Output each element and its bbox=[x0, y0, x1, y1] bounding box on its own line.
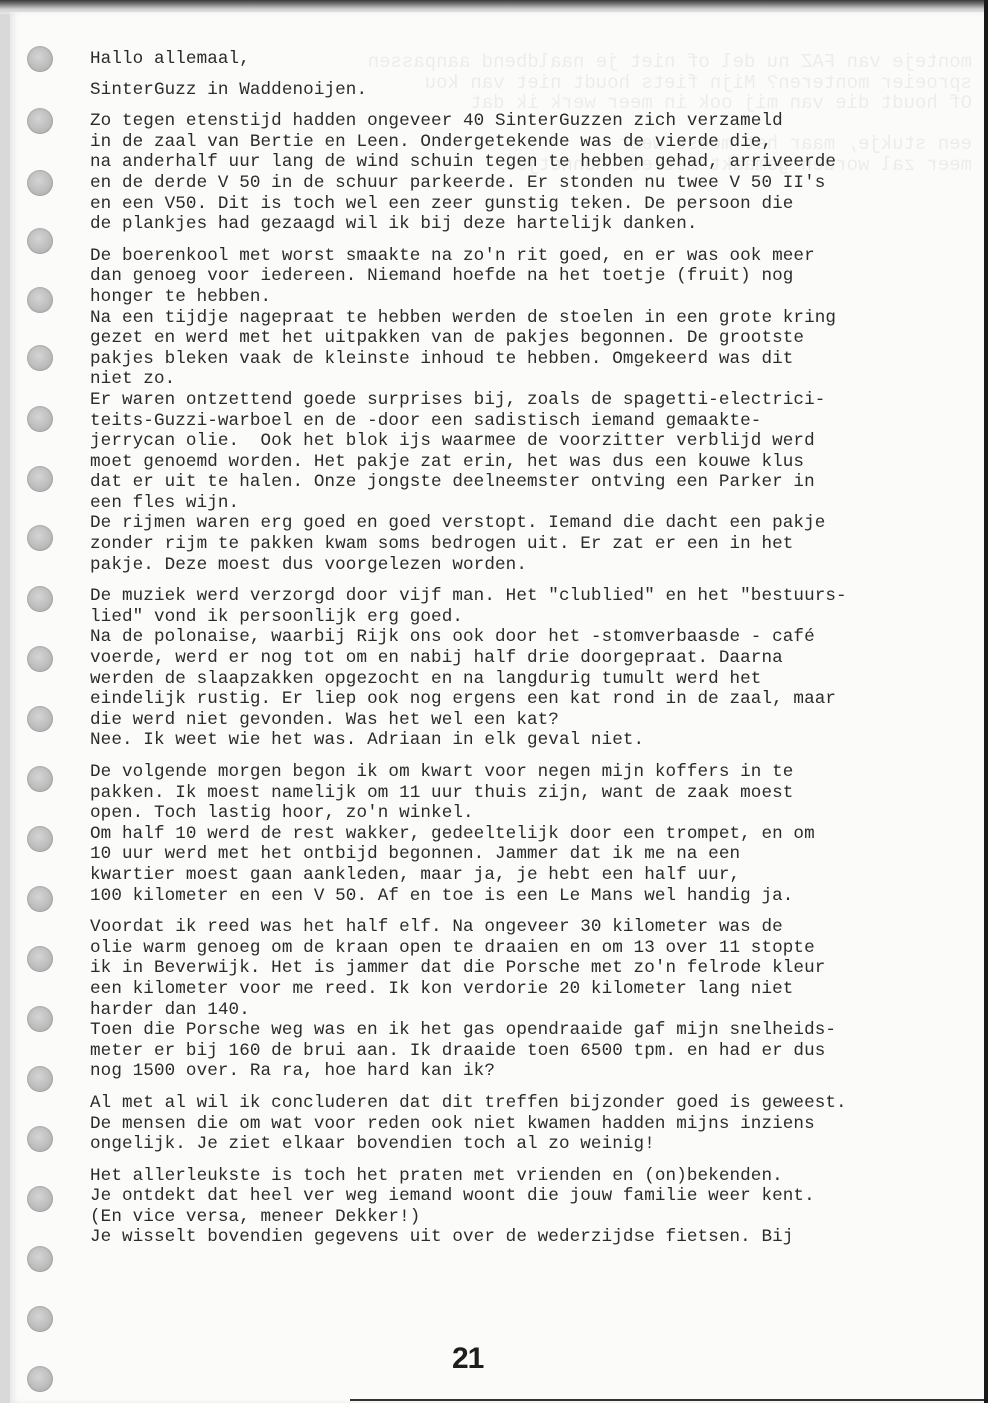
text-line: een kilometer voor me reed. Ik kon verdo… bbox=[90, 979, 985, 1000]
punch-hole bbox=[27, 1306, 53, 1332]
text-line: dat er uit te halen. Onze jongste deelne… bbox=[90, 472, 985, 493]
text-line: De volgende morgen begon ik om kwart voo… bbox=[90, 762, 985, 783]
punch-hole bbox=[27, 886, 53, 912]
text-line: De boerenkool met worst smaakte na zo'n … bbox=[90, 246, 985, 267]
text-line: dan genoeg voor iedereen. Niemand hoefde… bbox=[90, 266, 985, 287]
punch-hole bbox=[27, 646, 53, 672]
punch-hole bbox=[27, 1186, 53, 1212]
text-line: Je wisselt bovendien gegevens uit over d… bbox=[90, 1227, 985, 1248]
text-line: (En vice versa, meneer Dekker!) bbox=[90, 1207, 985, 1228]
text-line: die werd niet gevonden. Was het wel een … bbox=[90, 710, 985, 731]
paragraph: Het allerleukste is toch het praten met … bbox=[90, 1166, 985, 1248]
text-line: Er waren ontzettend goede surprises bij,… bbox=[90, 390, 985, 411]
punch-hole bbox=[27, 170, 53, 196]
text-line: Al met al wil ik concluderen dat dit tre… bbox=[90, 1093, 985, 1114]
text-line: Zo tegen etenstijd hadden ongeveer 40 Si… bbox=[90, 111, 985, 132]
punch-hole bbox=[27, 1246, 53, 1272]
text-line: De muziek werd verzorgd door vijf man. H… bbox=[90, 586, 985, 607]
text-line: harder dan 140. bbox=[90, 1000, 985, 1021]
punch-hole bbox=[27, 586, 53, 612]
text-line: na anderhalf uur lang de wind schuin teg… bbox=[90, 152, 985, 173]
text-line: moet genoemd worden. Het pakje zat erin,… bbox=[90, 452, 985, 473]
text-line: meter er bij 160 de brui aan. Ik draaide… bbox=[90, 1041, 985, 1062]
text-line: kwartier moest gaan aankleden, maar ja, … bbox=[90, 865, 985, 886]
text-line: Voordat ik reed was het half elf. Na ong… bbox=[90, 917, 985, 938]
text-line: olie warm genoeg om de kraan open te dra… bbox=[90, 938, 985, 959]
punch-hole bbox=[27, 1126, 53, 1152]
paragraph: De muziek werd verzorgd door vijf man. H… bbox=[90, 586, 985, 751]
paragraph: Al met al wil ik concluderen dat dit tre… bbox=[90, 1093, 985, 1155]
text-line: teits-Guzzi-warboel en de -door een sadi… bbox=[90, 411, 985, 432]
punch-hole bbox=[27, 287, 53, 313]
punch-hole bbox=[27, 706, 53, 732]
punch-hole bbox=[27, 525, 53, 551]
page-number: 21 bbox=[452, 1342, 483, 1376]
text-line: en een V50. Dit is toch wel een zeer gun… bbox=[90, 194, 985, 215]
punch-hole bbox=[27, 766, 53, 792]
punch-hole bbox=[27, 826, 53, 852]
text-line: Toen die Porsche weg was en ik het gas o… bbox=[90, 1020, 985, 1041]
text-line: De mensen die om wat voor reden ook niet… bbox=[90, 1114, 985, 1135]
text-line: werden de slaapzakken opgezocht en na la… bbox=[90, 669, 985, 690]
text-line: niet zo. bbox=[90, 369, 985, 390]
text-line: Na een tijdje nagepraat te hebben werden… bbox=[90, 308, 985, 329]
letter-body: Hallo allemaal, SinterGuzz in Waddenoije… bbox=[90, 49, 985, 1248]
binder-holes bbox=[0, 0, 80, 1403]
article-title: SinterGuzz in Waddenoijen. bbox=[90, 80, 985, 101]
text-line: Nee. Ik weet wie het was. Adriaan in elk… bbox=[90, 730, 985, 751]
text-line: open. Toch lastig hoor, zo'n winkel. bbox=[90, 803, 985, 824]
text-line: honger te hebben. bbox=[90, 287, 985, 308]
bottom-rule bbox=[350, 1399, 984, 1401]
paragraph: Voordat ik reed was het half elf. Na ong… bbox=[90, 917, 985, 1082]
punch-hole bbox=[27, 406, 53, 432]
text-line: 100 kilometer en een V 50. Af en toe is … bbox=[90, 886, 985, 907]
text-line: 10 uur werd met het ontbijd begonnen. Ja… bbox=[90, 844, 985, 865]
paragraph: De volgende morgen begon ik om kwart voo… bbox=[90, 762, 985, 906]
text-line: de plankjes had gezaagd wil ik bij deze … bbox=[90, 214, 985, 235]
text-line: nog 1500 over. Ra ra, hoe hard kan ik? bbox=[90, 1061, 985, 1082]
punch-hole bbox=[27, 108, 53, 134]
greeting: Hallo allemaal, bbox=[90, 49, 985, 70]
punch-hole bbox=[27, 466, 53, 492]
text-line: en de derde V 50 in de schuur parkeerde.… bbox=[90, 173, 985, 194]
text-line: een fles wijn. bbox=[90, 493, 985, 514]
text-line: jerrycan olie. Ook het blok ijs waarmee … bbox=[90, 431, 985, 452]
scan-right-edge bbox=[984, 0, 988, 1403]
text-line: pakje. Deze moest dus voorgelezen worden… bbox=[90, 555, 985, 576]
text-line: pakjes bleken vaak de kleinste inhoud te… bbox=[90, 349, 985, 370]
text-line: Na de polonaise, waarbij Rijk ons ook do… bbox=[90, 627, 985, 648]
punch-hole bbox=[27, 1066, 53, 1092]
punch-hole bbox=[27, 1366, 53, 1392]
text-line: gezet en werd met het uitpakken van de p… bbox=[90, 328, 985, 349]
text-line: Om half 10 werd de rest wakker, gedeelte… bbox=[90, 824, 985, 845]
paragraph: De boerenkool met worst smaakte na zo'n … bbox=[90, 246, 985, 576]
text-line: De rijmen waren erg goed en goed verstop… bbox=[90, 513, 985, 534]
punch-hole bbox=[27, 345, 53, 371]
punch-hole bbox=[27, 946, 53, 972]
text-line: Het allerleukste is toch het praten met … bbox=[90, 1166, 985, 1187]
text-line: voerde, werd er nog tot om en nabij half… bbox=[90, 648, 985, 669]
text-line: zonder rijm te pakken kwam soms bedrogen… bbox=[90, 534, 985, 555]
punch-hole bbox=[27, 1006, 53, 1032]
punch-hole bbox=[27, 228, 53, 254]
text-line: in de zaal van Bertie en Leen. Ondergete… bbox=[90, 132, 985, 153]
text-line: Je ontdekt dat heel ver weg iemand woont… bbox=[90, 1186, 985, 1207]
punch-hole bbox=[27, 46, 53, 72]
paragraph-list: Zo tegen etenstijd hadden ongeveer 40 Si… bbox=[90, 111, 985, 1248]
paragraph: Zo tegen etenstijd hadden ongeveer 40 Si… bbox=[90, 111, 985, 235]
text-line: ik in Beverwijk. Het is jammer dat die P… bbox=[90, 958, 985, 979]
text-line: eindelijk rustig. Er liep ook nog ergens… bbox=[90, 689, 985, 710]
text-line: lied" vond ik persoonlijk erg goed. bbox=[90, 607, 985, 628]
text-line: pakken. Ik moest namelijk om 11 uur thui… bbox=[90, 783, 985, 804]
text-line: ongelijk. Je ziet elkaar bovendien toch … bbox=[90, 1134, 985, 1155]
